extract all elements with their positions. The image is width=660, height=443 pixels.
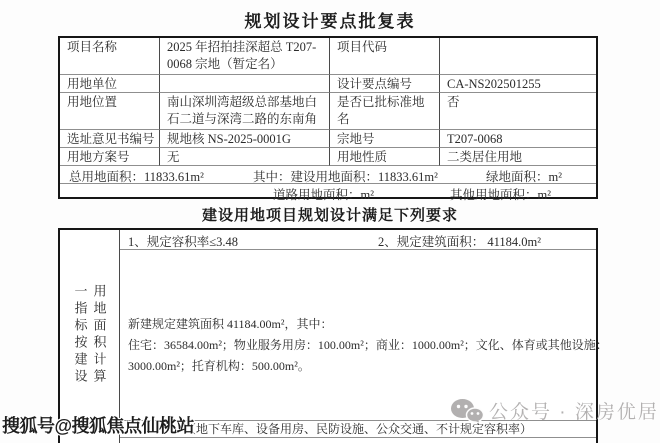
detail-cell: 新建规定建筑面积 41184.00m²，其中： 住宅：36584.00m²；物业… xyxy=(120,250,596,420)
road-land-area: 道路用地面积：m² xyxy=(273,185,374,203)
field-value-location: 南山深圳湾超级总部基地白石二道与深湾二路的东南角 xyxy=(160,93,330,130)
gfa-breakdown: 新建规定建筑面积 41184.00m²，其中： 住宅：36584.00m²；物业… xyxy=(128,314,592,377)
field-label-land-use: 用地性质 xyxy=(330,148,440,166)
other-land-area: 其他用地面积：m² xyxy=(450,185,551,203)
construction-land-area: 其中：建设用地面积：11833.61m² xyxy=(253,167,438,185)
field-label-parcel-no: 宗地号 xyxy=(330,130,440,148)
field-value-design-no: CA-NS202501255 xyxy=(440,75,596,93)
gfa-breakdown-line1: 新建规定建筑面积 41184.00m²，其中： xyxy=(128,314,592,335)
field-label-location: 用地位置 xyxy=(60,93,160,130)
field-label-project-code: 项目代码 xyxy=(330,38,440,75)
gfa-breakdown-line3: 3000.00m²；托育机构：500.00m²。 xyxy=(128,356,592,377)
field-label-site-letter-no: 选址意见书编号 xyxy=(60,130,160,148)
field-value-project-name: 2025 年招拍挂深超总 T207-0068 宗地（暂定名） xyxy=(160,38,330,75)
gfa-breakdown-line2: 住宅：36584.00m²；物业服务用房：100.00m²；商业：1000.00… xyxy=(128,335,592,356)
field-value-project-code xyxy=(440,38,596,75)
approval-table-grid: 项目名称 2025 年招拍挂深超总 T207-0068 宗地（暂定名） 项目代码… xyxy=(60,38,596,166)
scanned-document-page: { "page": { "title1": "规划设计要点批复表", "titl… xyxy=(0,0,660,443)
field-label-project-name: 项目名称 xyxy=(60,38,160,75)
field-label-plan-no: 用地方案号 xyxy=(60,148,160,166)
green-area: 绿地面积：m² xyxy=(486,167,562,185)
far-requirement: 1、规定容积率≤3.48 xyxy=(128,232,238,250)
field-value-land-use: 二类居住用地 xyxy=(440,148,596,166)
field-value-parcel-no: T207-0068 xyxy=(440,130,596,148)
area-row-1: 总用地面积：11833.61m² 其中：建设用地面积：11833.61m² 绿地… xyxy=(60,166,596,184)
field-value-std-name: 否 xyxy=(440,93,596,130)
vertical-label-col2: 用地面积计算 xyxy=(90,284,109,386)
gfa-requirement: 2、规定建筑面积： 41184.0m² xyxy=(378,232,541,250)
vertical-label: 一指标按建设 用地面积计算 xyxy=(71,284,109,386)
field-value-site-letter-no: 规地核 NS-2025-0001G xyxy=(160,130,330,148)
wechat-icon xyxy=(450,398,484,424)
total-land-area: 总用地面积：11833.61m² xyxy=(69,167,204,185)
field-value-plan-no: 无 xyxy=(160,148,330,166)
field-label-std-name: 是否已批标准地名 xyxy=(330,93,440,130)
field-value-land-user xyxy=(160,75,330,93)
field-label-design-no: 设计要点编号 xyxy=(330,75,440,93)
requirements-row: 1、规定容积率≤3.48 2、规定建筑面积： 41184.0m² xyxy=(120,230,596,250)
area-row-2: 道路用地面积：m² 其他用地面积：m² xyxy=(60,184,596,202)
section-title: 建设用地项目规划设计满足下列要求 xyxy=(0,204,660,225)
wechat-watermark-text: 公众号 · 深房优居 xyxy=(489,397,659,424)
field-label-land-user: 用地单位 xyxy=(60,75,160,93)
sohu-watermark: 搜狐号@搜狐焦点仙桃站 xyxy=(2,412,194,438)
vertical-label-col1: 一指标按建设 xyxy=(71,284,90,386)
approval-table: 项目名称 2025 年招拍挂深超总 T207-0068 宗地（暂定名） 项目代码… xyxy=(58,36,598,199)
document-title: 规划设计要点批复表 xyxy=(0,7,660,32)
wechat-watermark: 公众号 · 深房优居 xyxy=(450,397,659,424)
